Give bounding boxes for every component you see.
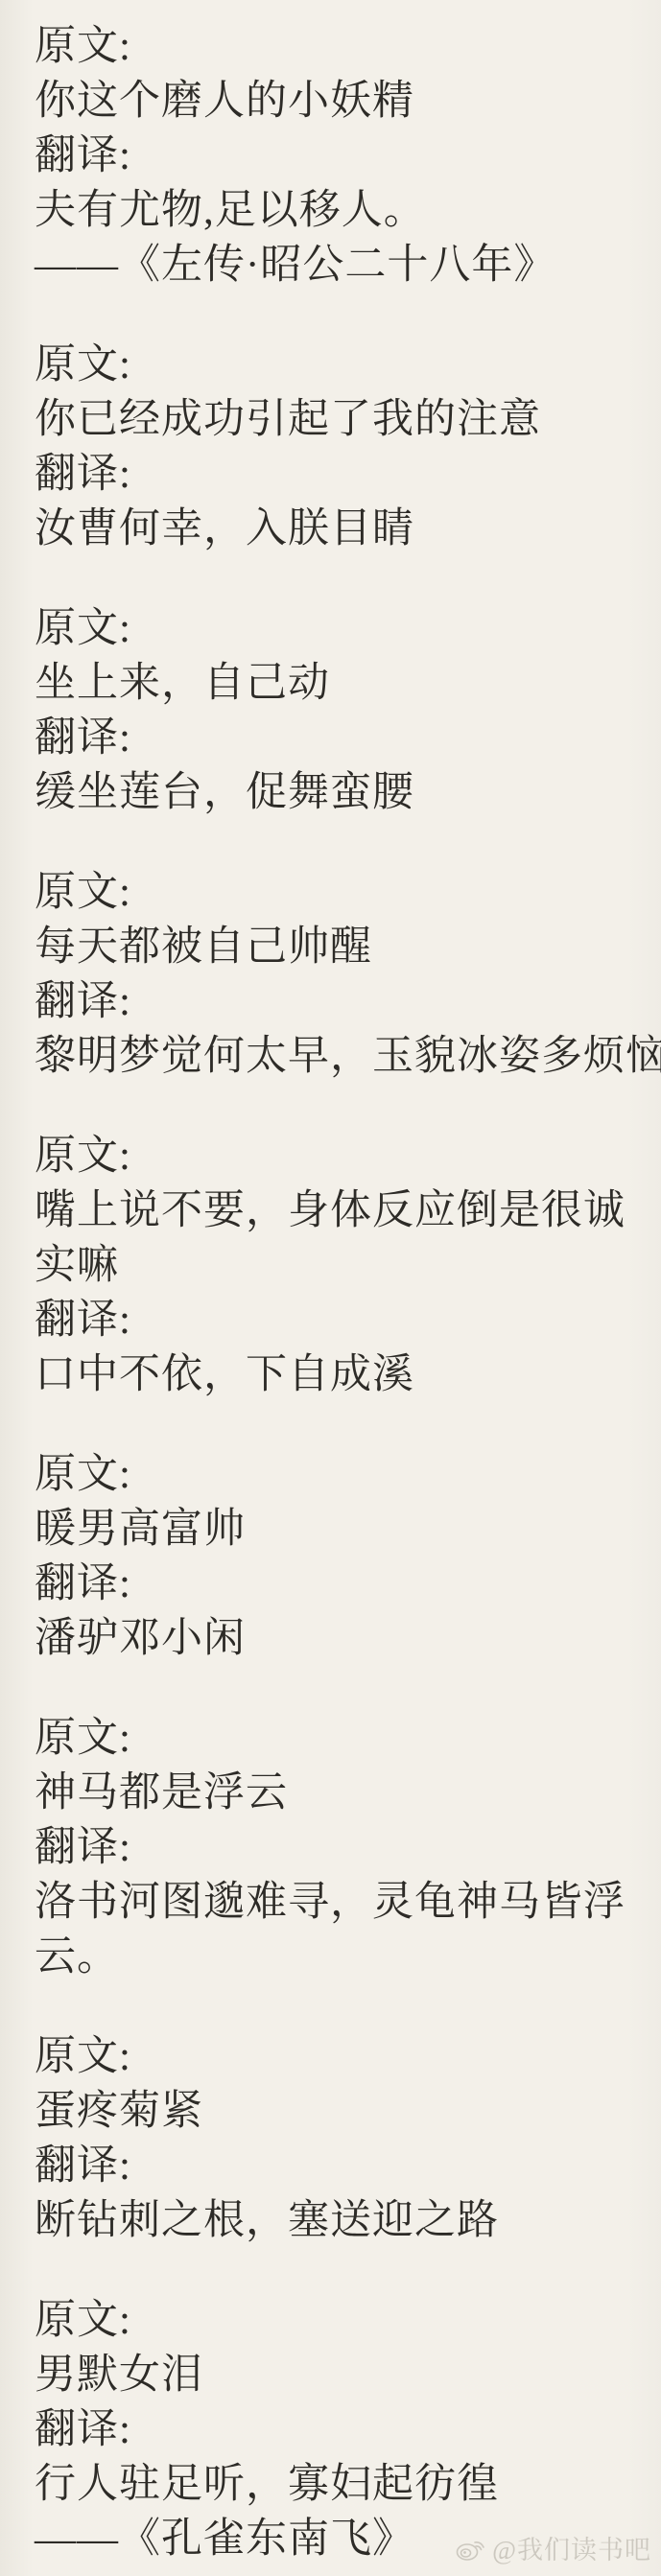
original-label: 原文: — [35, 1447, 636, 1502]
original-text-line: 男默女泪 — [35, 2348, 636, 2402]
translation-label: 翻译: — [35, 1820, 636, 1875]
translation-text-line: 口中不依，下自成溪 — [35, 1347, 636, 1402]
original-text-line: 你这个磨人的小妖精 — [35, 74, 636, 129]
original-label: 原文: — [35, 1129, 636, 1183]
translation-text-line: 黎明梦觉何太早，玉貌冰姿多烦恼。 — [35, 1029, 636, 1084]
translation-label: 翻译: — [35, 1557, 636, 1611]
original-label: 原文: — [35, 1711, 636, 1766]
translation-text-line: 行人驻足听，寡妇起彷徨 — [35, 2457, 636, 2512]
original-label: 原文: — [35, 2029, 636, 2084]
original-label: 原文: — [35, 2293, 636, 2348]
original-text-line: 每天都被自己帅醒 — [35, 920, 636, 974]
original-text-line: 嘴上说不要，身体反应倒是很诚 — [35, 1183, 636, 1238]
entry-block: 原文:蛋疼菊紧翻译:断钻刺之根，塞送迎之路 — [35, 2029, 636, 2248]
translation-label: 翻译: — [35, 974, 636, 1029]
source-citation: ——《左传·昭公二十八年》 — [35, 238, 636, 293]
translation-text-line: 潘驴邓小闲 — [35, 1611, 636, 1666]
entries: 原文:你这个磨人的小妖精翻译:夫有尤物,足以移人。——《左传·昭公二十八年》原文… — [0, 0, 661, 2566]
entry-block: 原文:每天都被自己帅醒翻译:黎明梦觉何太早，玉貌冰姿多烦恼。 — [35, 865, 636, 1084]
original-text-line: 实嘛 — [35, 1238, 636, 1293]
translation-label: 翻译: — [35, 711, 636, 765]
translation-label: 翻译: — [35, 2402, 636, 2457]
original-label: 原文: — [35, 338, 636, 392]
translation-text-line: 断钻刺之根，塞送迎之路 — [35, 2193, 636, 2248]
entry-block: 原文:男默女泪翻译:行人驻足听，寡妇起彷徨——《孔雀东南飞》 — [35, 2293, 636, 2566]
watermark-handle: @我们读书吧 — [492, 2529, 651, 2566]
original-text-line: 神马都是浮云 — [35, 1766, 636, 1820]
translation-label: 翻译: — [35, 1293, 636, 1347]
original-text-line: 坐上来，自己动 — [35, 656, 636, 711]
watermark: @我们读书吧 — [455, 2529, 651, 2566]
entry-block: 原文:坐上来，自己动翻译:缓坐莲台，促舞蛮腰 — [35, 601, 636, 820]
translation-label: 翻译: — [35, 129, 636, 183]
original-label: 原文: — [35, 601, 636, 656]
translation-text-line: 云。 — [35, 1930, 636, 1984]
original-text-line: 暖男高富帅 — [35, 1502, 636, 1557]
original-label: 原文: — [35, 19, 636, 74]
translation-text-line: 缓坐莲台，促舞蛮腰 — [35, 765, 636, 820]
translation-text-line: 洛书河图邈难寻，灵龟神马皆浮 — [35, 1875, 636, 1930]
translation-text-line: 夫有尤物,足以移人。 — [35, 183, 636, 238]
original-label: 原文: — [35, 865, 636, 920]
translation-text-line: 汝曹何幸，入朕目睛 — [35, 502, 636, 556]
translation-label: 翻译: — [35, 2139, 636, 2193]
entry-block: 原文:神马都是浮云翻译:洛书河图邈难寻，灵龟神马皆浮云。 — [35, 1711, 636, 1984]
page: { "page": { "background_color": "#f3f0e9… — [0, 0, 661, 2576]
entry-block: 原文:嘴上说不要，身体反应倒是很诚实嘛翻译:口中不依，下自成溪 — [35, 1129, 636, 1402]
entry-block: 原文:暖男高富帅翻译:潘驴邓小闲 — [35, 1447, 636, 1666]
entry-block: 原文:你这个磨人的小妖精翻译:夫有尤物,足以移人。——《左传·昭公二十八年》 — [35, 19, 636, 293]
entry-block: 原文:你已经成功引起了我的注意翻译:汝曹何幸，入朕目睛 — [35, 338, 636, 556]
translation-label: 翻译: — [35, 447, 636, 502]
original-text-line: 你已经成功引起了我的注意 — [35, 392, 636, 447]
weibo-logo-icon — [455, 2534, 487, 2563]
original-text-line: 蛋疼菊紧 — [35, 2084, 636, 2139]
